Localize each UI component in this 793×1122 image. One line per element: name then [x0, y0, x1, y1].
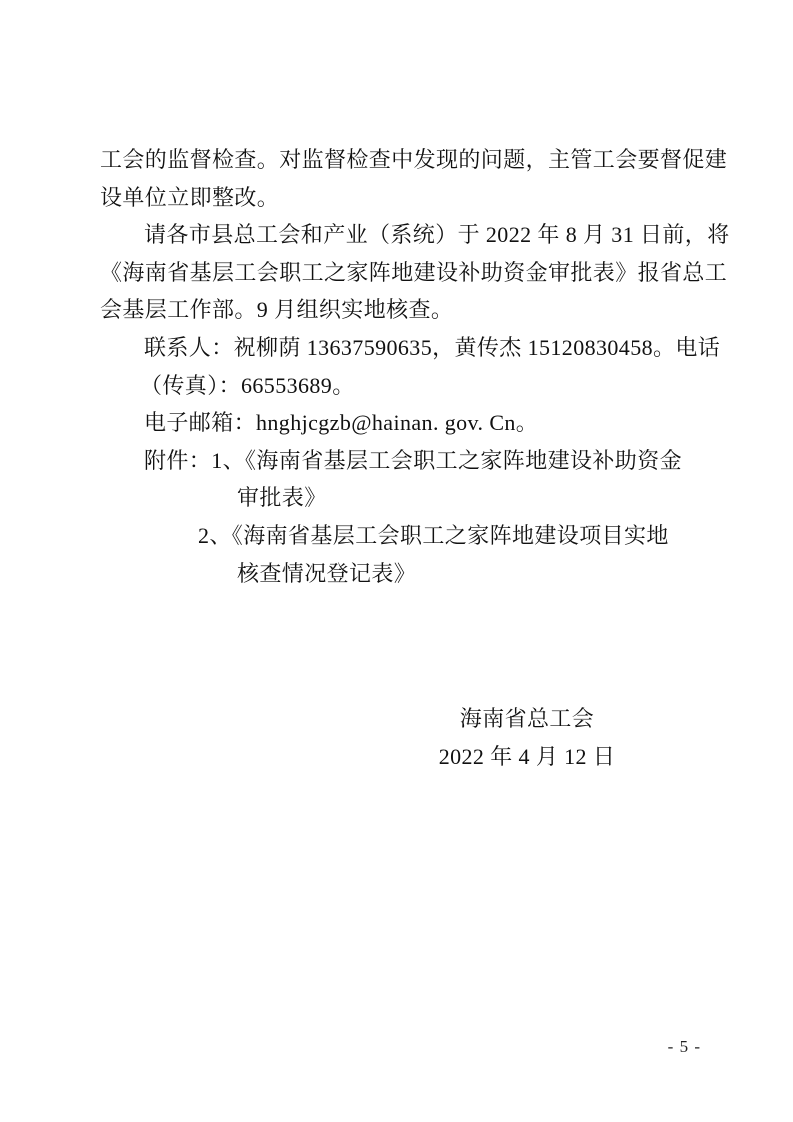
signature-block: 海南省总工会 2022 年 4 月 12 日	[377, 700, 677, 775]
page-number: - 5 -	[668, 1037, 701, 1057]
attachment-line-2-wrap: 核查情况登记表》	[100, 555, 700, 593]
body-line: 工会的监督检查。对监督检查中发现的问题，主管工会要督促建	[100, 141, 700, 179]
attachment-line-1-wrap: 审批表》	[100, 479, 700, 517]
contact-line: 联系人：祝柳荫 13637590635，黄传杰 15120830458。电话	[100, 329, 700, 367]
attachment-line-1: 附件：1、《海南省基层工会职工之家阵地建设补助资金	[100, 442, 700, 480]
body-line: 设单位立即整改。	[100, 179, 700, 217]
email-line: 电子邮箱：hnghjcgzb@hainan. gov. Cn。	[100, 404, 700, 442]
body-line: 《海南省基层工会职工之家阵地建设补助资金审批表》报省总工	[100, 254, 700, 292]
signature-org: 海南省总工会	[377, 700, 677, 738]
document-body: 工会的监督检查。对监督检查中发现的问题，主管工会要督促建 设单位立即整改。 请各…	[100, 141, 700, 592]
document-page: 工会的监督检查。对监督检查中发现的问题，主管工会要督促建 设单位立即整改。 请各…	[0, 0, 793, 1122]
body-line: 会基层工作部。9 月组织实地核查。	[100, 291, 700, 329]
signature-date: 2022 年 4 月 12 日	[377, 738, 677, 776]
fax-line: （传真）：66553689。	[100, 367, 700, 405]
body-line: 请各市县总工会和产业（系统）于 2022 年 8 月 31 日前，将	[100, 216, 700, 254]
attachment-line-2: 2、《海南省基层工会职工之家阵地建设项目实地	[100, 517, 700, 555]
